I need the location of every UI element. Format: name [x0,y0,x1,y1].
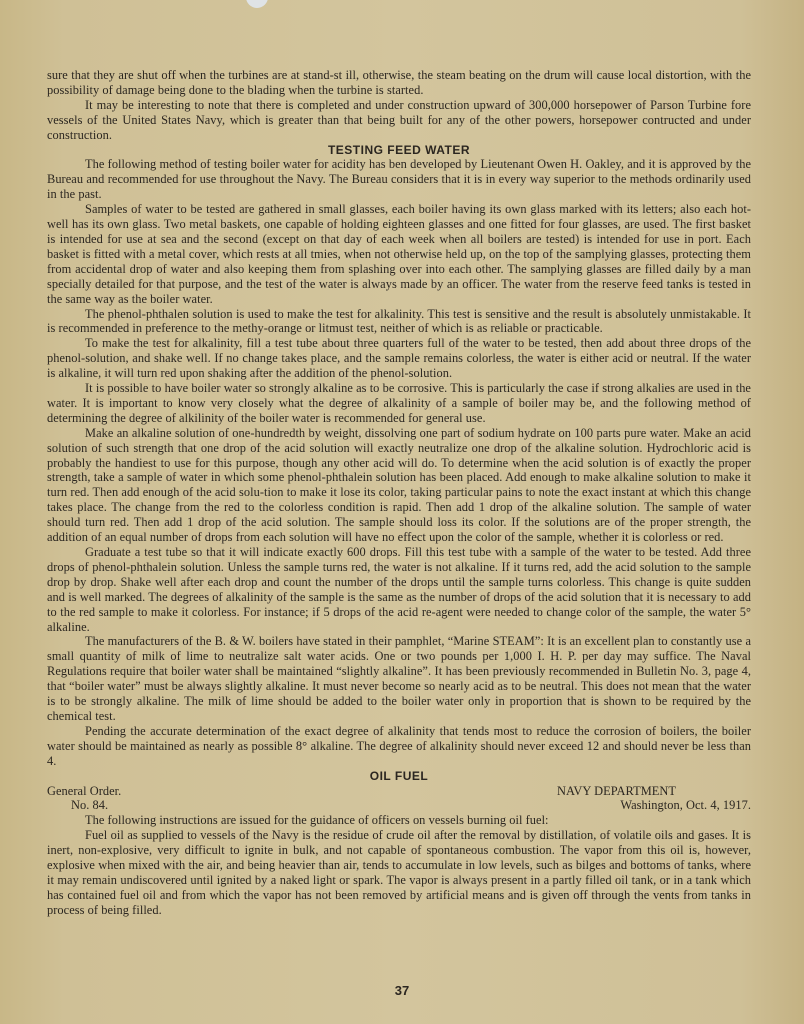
binder-hole [246,0,268,8]
paragraph: Graduate a test tube so that it will ind… [47,545,751,634]
order-header: General Order. NAVY DEPARTMENT [47,784,751,799]
paragraph: The following method of testing boiler w… [47,157,751,202]
section-heading-oil-fuel: OIL FUEL [47,769,751,784]
page-number: 37 [0,983,804,998]
paragraph: Make an alkaline solution of one-hundred… [47,426,751,545]
order-subheader: No. 84. Washington, Oct. 4, 1917. [47,798,751,813]
paragraph: Samples of water to be tested are gather… [47,202,751,306]
department: NAVY DEPARTMENT [557,784,751,799]
order-label: General Order. [47,784,121,799]
paragraph: It is possible to have boiler water so s… [47,381,751,426]
order-number: No. 84. [71,798,108,813]
section-heading-testing-feed-water: TESTING FEED WATER [47,143,751,158]
paragraph: The phenol-phthalen solution is used to … [47,307,751,337]
paragraph: The following instructions are issued fo… [47,813,751,828]
paragraph: Fuel oil as supplied to vessels of the N… [47,828,751,917]
document-page: sure that they are shut off when the tur… [47,68,751,918]
paragraph: To make the test for alkalinity, fill a … [47,336,751,381]
paragraph: The manufacturers of the B. & W. boilers… [47,634,751,723]
paragraph: Pending the accurate determination of th… [47,724,751,769]
place-date: Washington, Oct. 4, 1917. [620,798,751,813]
paragraph: sure that they are shut off when the tur… [47,68,751,98]
paragraph: It may be interesting to note that there… [47,98,751,143]
